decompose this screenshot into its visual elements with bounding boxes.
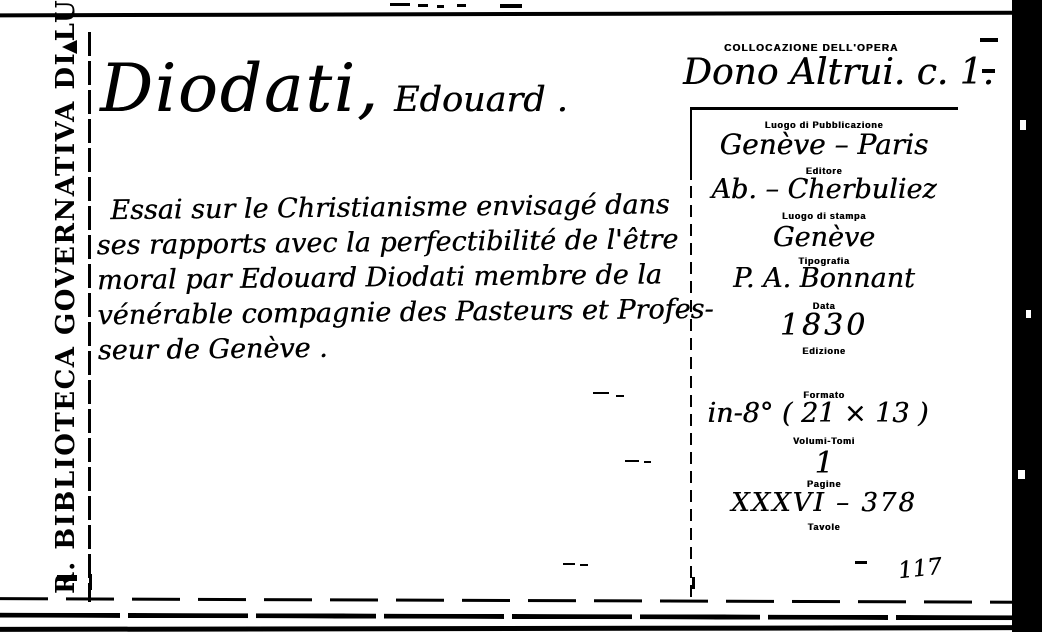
scan-noise-mark	[1018, 470, 1025, 479]
field-label-volumi-tomi: Volumi-Tomi	[690, 436, 958, 446]
field-value-volumi-tomi: 1	[690, 446, 958, 481]
field-value-luogo-di-pubblicazione: Genève – Paris	[690, 128, 958, 161]
scan-noise-mark	[390, 3, 410, 6]
scan-noise-mark	[982, 69, 995, 73]
scan-noise-mark	[57, 575, 77, 581]
scan-noise-mark	[500, 4, 522, 8]
library-stamp: R. BIBLIOTECA GOVERNATIVA DI LUCCA	[47, 38, 85, 594]
field-label-edizione: Edizione	[690, 346, 958, 356]
scan-noise-arrow	[62, 40, 77, 54]
title-description: Essai sur le Christianisme envisagé dans…	[96, 187, 716, 368]
bibliographic-fields-box: Luogo di Pubblicazione Genève – Paris Ed…	[690, 107, 958, 603]
catalog-card-scan: R. BIBLIOTECA GOVERNATIVA DI LUCCA Dioda…	[0, 0, 1042, 632]
scan-noise-mark	[855, 561, 867, 564]
scan-noise-mark	[580, 564, 588, 566]
field-value-tipografia: P. A. Bonnant	[690, 263, 958, 294]
field-value-editore: Ab. – Cherbuliez	[690, 174, 958, 205]
scan-noise-mark	[457, 4, 466, 7]
author-forename: Edouard .	[394, 80, 568, 120]
description-line: vénérable compagnie des Pasteurs et Prof…	[97, 292, 715, 333]
scan-noise-mark	[616, 395, 624, 397]
description-line: seur de Genève .	[98, 327, 716, 368]
scan-right-edge	[1012, 0, 1042, 632]
author-heading: Diodati, Edouard .	[100, 50, 568, 127]
collocation-value: Dono Altrui. c. 1.	[683, 52, 994, 93]
scan-noise-mark	[692, 577, 695, 589]
field-label-luogo-di-stampa: Luogo di stampa	[690, 211, 958, 221]
scan-bottom-line-2	[0, 625, 1042, 632]
scan-noise-mark	[1026, 310, 1031, 318]
scan-noise-mark	[644, 461, 651, 463]
field-value-data: 1830	[690, 308, 958, 343]
card-left-border	[88, 32, 91, 602]
scan-noise-mark	[625, 460, 639, 462]
scan-noise-mark	[563, 563, 575, 565]
scan-noise-mark	[418, 4, 428, 7]
top-border-line	[0, 11, 1042, 18]
field-value-luogo-di-stampa: Genève	[690, 222, 958, 253]
field-value-formato: in-8° ( 21 × 13 )	[678, 398, 958, 429]
scan-noise-mark	[593, 392, 609, 394]
scan-noise-mark	[1020, 120, 1026, 130]
field-value-pagine: XXXVI – 378	[690, 488, 958, 518]
leaf-number: 117	[897, 554, 943, 584]
scan-noise-mark	[980, 38, 998, 42]
scan-noise-mark	[437, 5, 444, 8]
author-surname: Diodati,	[100, 50, 380, 127]
scan-noise-mark	[89, 574, 92, 590]
field-label-tavole: Tavole	[690, 522, 958, 532]
scan-bottom-line-1	[0, 613, 1042, 621]
